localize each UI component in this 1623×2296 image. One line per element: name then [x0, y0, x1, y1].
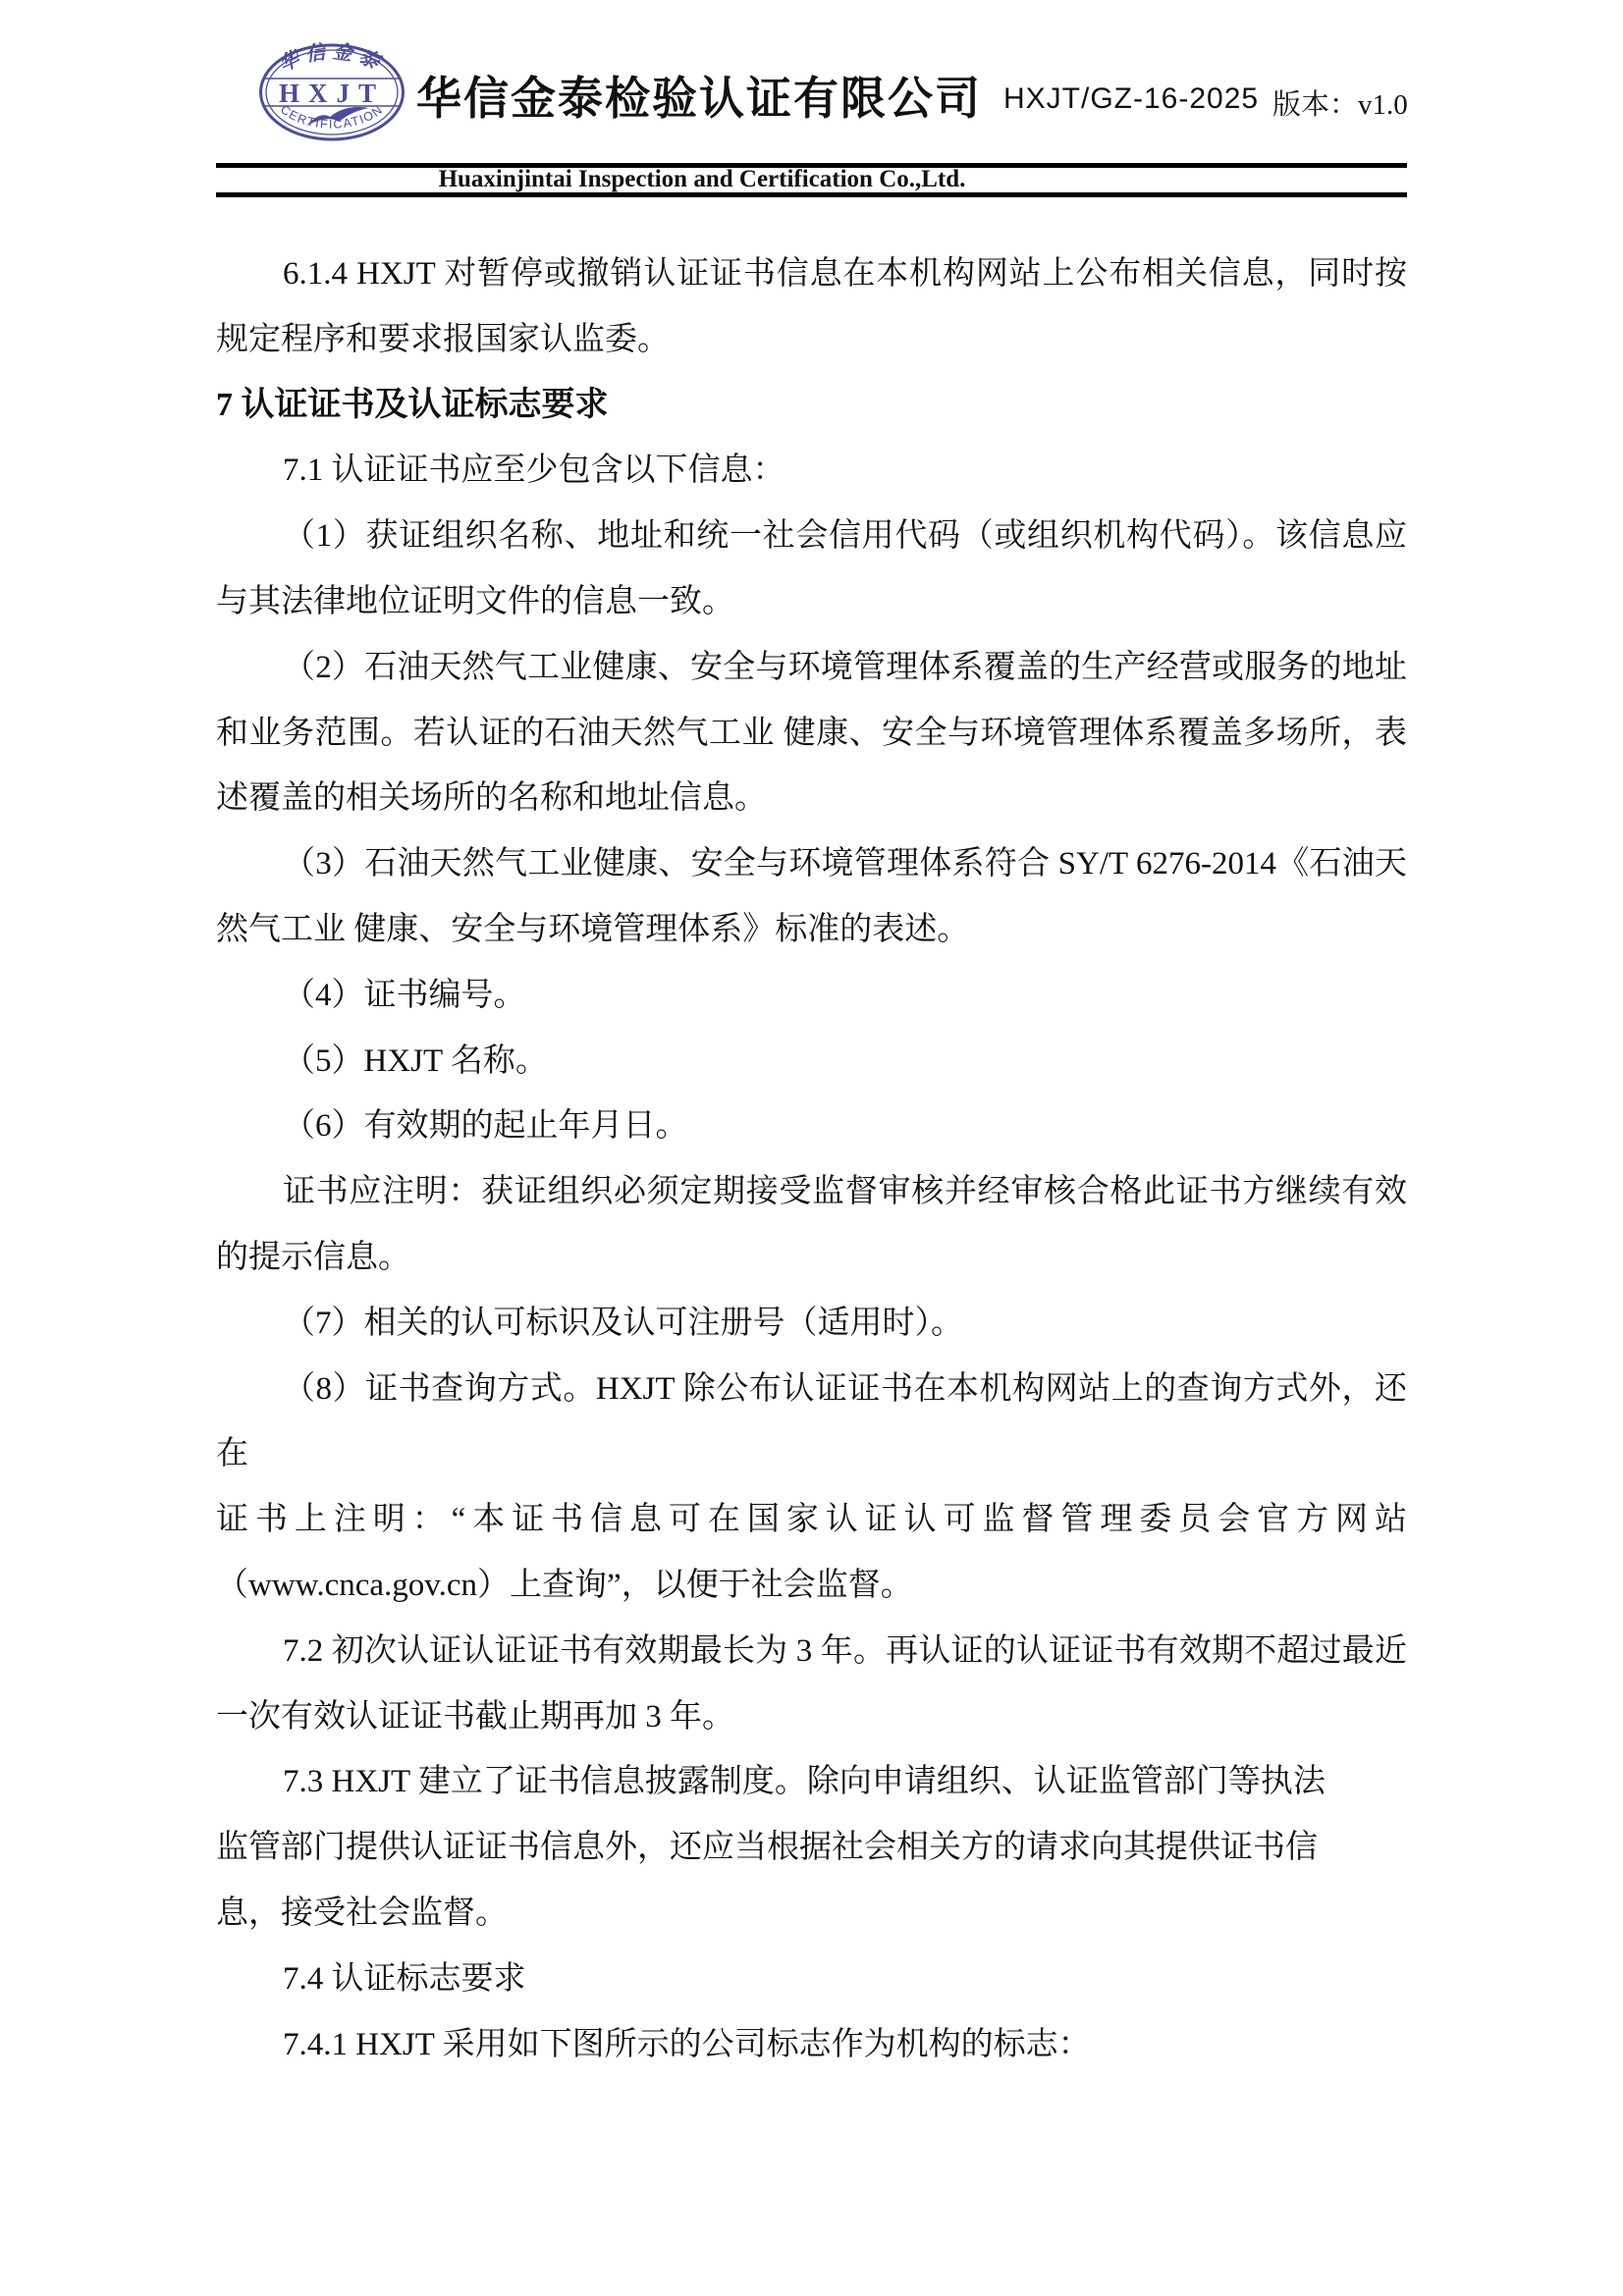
paragraph-line: （8）证书查询方式。HXJT 除公布认证证书在本机构网站上的查询方式外，还在: [216, 1357, 1407, 1488]
paragraph-line: （2）石油天然气工业健康、安全与环境管理体系覆盖的生产经营或服务的地址: [216, 635, 1407, 701]
paragraph-line: （7）相关的认可标识及认可注册号（适用时）。: [216, 1291, 1407, 1357]
company-name-cn: 华信金泰检验认证有限公司: [416, 63, 982, 128]
company-logo-seal-icon: 华信金泰 HXJT CERTIFICATION: [257, 41, 406, 143]
paragraph-line: 述覆盖的相关场所的名称和地址信息。: [216, 766, 1407, 831]
document-body: 6.1.4 HXJT 对暂停或撤销认证证书信息在本机构网站上公布相关信息，同时按…: [216, 241, 1407, 2077]
paragraph-line: 监管部门提供认证证书信息外，还应当根据社会相关方的请求向其提供证书信: [216, 1815, 1407, 1881]
paragraph-line: 6.1.4 HXJT 对暂停或撤销认证证书信息在本机构网站上公布相关信息，同时按: [216, 241, 1407, 307]
paragraph-line: 7.3 HXJT 建立了证书信息披露制度。除向申请组织、认证监管部门等执法: [216, 1749, 1407, 1815]
version-label: 版本：v1.0: [1272, 82, 1408, 123]
paragraph-line: 7.2 初次认证认证证书有效期最长为 3 年。再认证的认证证书有效期不超过最近: [216, 1619, 1407, 1684]
paragraph-line: 与其法律地位证明文件的信息一致。: [216, 569, 1407, 635]
paragraph-line: 7.4.1 HXJT 采用如下图所示的公司标志作为机构的标志：: [216, 2012, 1407, 2078]
paragraph-line: （1）获证组织名称、地址和统一社会信用代码（或组织机构代码）。该信息应: [216, 504, 1407, 569]
logo-monogram-text: HXJT: [279, 79, 385, 108]
document-page: 华信金泰 HXJT CERTIFICATION 华信金泰检验认证有限公司 HXJ…: [0, 0, 1623, 2296]
section-heading: 7 认证证书及认证标志要求: [216, 373, 1407, 439]
paragraph-line: （5）HXJT 名称。: [216, 1029, 1407, 1095]
paragraph-line: 一次有效认证证书截止期再加 3 年。: [216, 1684, 1407, 1750]
paragraph-line: （www.cnca.gov.cn）上查询”，以便于社会监督。: [216, 1553, 1407, 1619]
paragraph-line: 息，接受社会监督。: [216, 1881, 1407, 1947]
paragraph-line: 和业务范围。若认证的石油天然气工业 健康、安全与环境管理体系覆盖多场所，表: [216, 701, 1407, 767]
paragraph-line: 7.1 认证证书应至少包含以下信息：: [216, 438, 1407, 504]
paragraph-line: 规定程序和要求报国家认监委。: [216, 307, 1407, 373]
company-name-en: Huaxinjintai Inspection and Certificatio…: [216, 167, 1188, 192]
paragraph-line: 证书上注明：“本证书信息可在国家认证认可监督管理委员会官方网站: [216, 1487, 1407, 1553]
paragraph-line: （3）石油天然气工业健康、安全与环境管理体系符合 SY/T 6276-2014《…: [216, 831, 1407, 897]
paragraph-line: （4）证书编号。: [216, 963, 1407, 1029]
paragraph-line: 的提示信息。: [216, 1225, 1407, 1291]
paragraph-line: 7.4 认证标志要求: [216, 1947, 1407, 2012]
header-rule-bottom: [216, 192, 1407, 197]
paragraph-line: 然气工业 健康、安全与环境管理体系》标准的表述。: [216, 897, 1407, 963]
paragraph-line: （6）有效期的起止年月日。: [216, 1094, 1407, 1159]
paragraph-line: 证书应注明：获证组织必须定期接受监督审核并经审核合格此证书方继续有效: [216, 1159, 1407, 1225]
doc-number: HXJT/GZ-16-2025: [1003, 82, 1259, 116]
